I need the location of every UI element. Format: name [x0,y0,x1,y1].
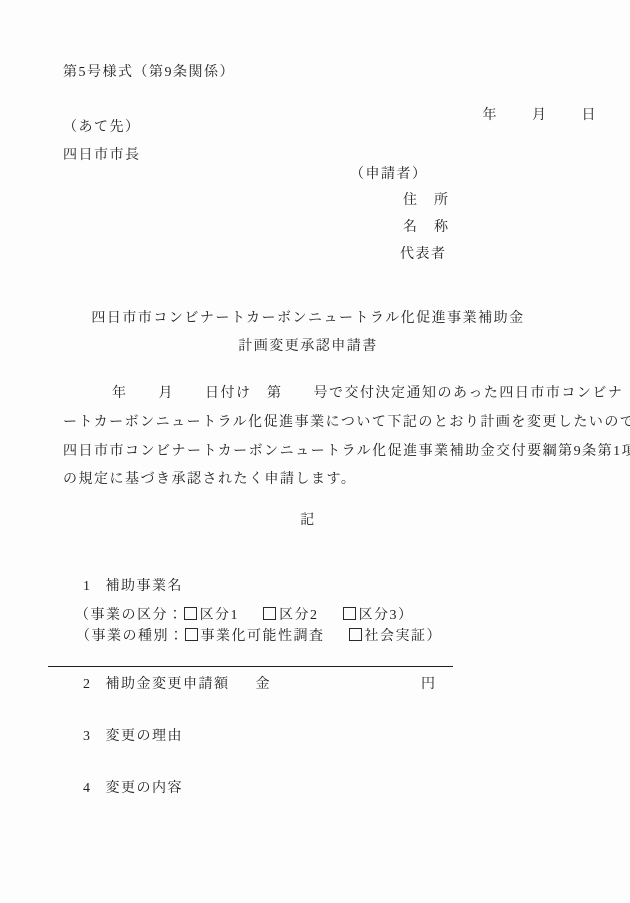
body-line-2: ートカーボンニュートラル化促進事業について下記のとおり計画を変更したいので、 [63,414,630,431]
body-line-3: 四日市市コンビナートカーボンニュートラル化促進事業補助金交付要綱第9条第1項 [63,443,630,460]
checkbox-type-feasibility-icon [185,628,198,641]
amount-currency-label: 金 [256,677,272,692]
date-day-label: 日 [582,108,598,123]
item-2-heading: 2補助金変更申請額金円 [63,659,437,710]
item-2-number: 2 [83,677,92,692]
document-title-line2: 計画変更承認申請書 [0,338,616,355]
date-year-label: 年 [483,108,499,123]
checkbox-type-social-icon [349,628,362,641]
document-title-line1: 四日市市コンビナートカーボンニュートラル化促進事業補助金 [0,310,616,327]
form-number: 第5号様式（第9条関係） [63,64,235,81]
record-mark: 記 [0,512,616,529]
item-4-heading: 4変更の内容 [63,763,183,814]
item-3-number: 3 [83,729,92,744]
applicant-heading: （申請者） [350,166,428,183]
applicant-address-label: 住 所 [403,192,450,209]
document-page: 第5号様式（第9条関係） 年月日 （あて先） 四日市市長 （申請者） 住 所 名… [0,0,630,903]
item-4-number: 4 [83,781,92,796]
applicant-name-label: 名 称 [403,219,450,236]
type-suffix: ） [427,629,443,644]
body-line-1: 年 月 日付け 第 号で交付決定通知のあった四日市市コンビナ [63,385,623,402]
applicant-representative-label: 代表者 [400,246,447,263]
amount-unit-label: 円 [421,677,437,692]
item-3-heading: 3変更の理由 [63,711,183,762]
addressee-note: （あて先） [63,119,141,136]
item-3-label: 変更の理由 [106,729,184,744]
item-2-label: 補助金変更申請額 [106,677,230,692]
body-line-4: の規定に基づき承認されたく申請します。 [63,471,356,488]
type-prefix: （事業の種別： [76,629,185,644]
type-option-1: 事業化可能性調査 [201,629,325,644]
addressee: 四日市市長 [63,147,141,164]
item-4-label: 変更の内容 [106,781,184,796]
type-option-2: 社会実証 [365,629,427,644]
date-line: 年月日 [463,90,598,141]
date-month-label: 月 [532,108,548,123]
